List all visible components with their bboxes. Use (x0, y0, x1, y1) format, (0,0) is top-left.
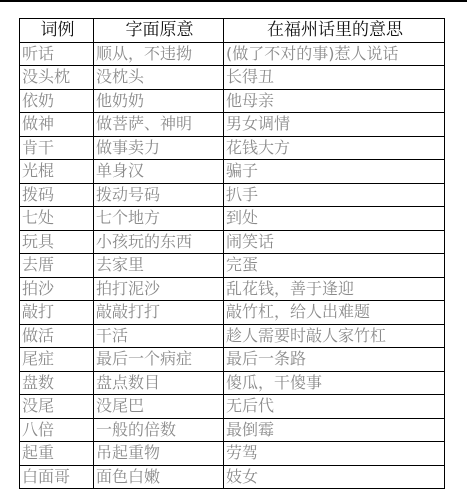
table-row: 去厝去家里完蛋 (20, 254, 445, 278)
term-cell: 没尾 (20, 395, 94, 419)
table-row: 拍沙拍打泥沙乱花钱，善于逢迎 (20, 277, 445, 301)
fuzhou-meaning-cell: 完蛋 (224, 254, 445, 278)
fuzhou-meaning-cell: 闹笑话 (224, 230, 445, 254)
term-cell: 依奶 (20, 89, 94, 113)
literal-meaning-cell: 敲敲打打 (94, 301, 224, 325)
dialect-table: 词例 字面原意 在福州话里的意思 听话顺从，不违拗(做了不对的事)惹人说话没头枕… (19, 18, 445, 489)
fuzhou-meaning-cell: 趁人需要时敲人家竹杠 (224, 324, 445, 348)
term-cell: 盘数 (20, 371, 94, 395)
fuzhou-meaning-cell: 到处 (224, 207, 445, 231)
fuzhou-meaning-cell: 妓女 (224, 465, 445, 489)
table-row: 起重吊起重物劳驾 (20, 442, 445, 466)
term-cell: 尾症 (20, 348, 94, 372)
fuzhou-meaning-cell: 花钱大方 (224, 136, 445, 160)
fuzhou-meaning-cell: 乱花钱，善于逢迎 (224, 277, 445, 301)
fuzhou-meaning-cell: 最倒霉 (224, 418, 445, 442)
term-cell: 八倍 (20, 418, 94, 442)
table-row: 尾症最后一个病症最后一条路 (20, 348, 445, 372)
table-row: 没头枕没枕头长得丑 (20, 66, 445, 90)
term-cell: 拨码 (20, 183, 94, 207)
fuzhou-meaning-cell: (做了不对的事)惹人说话 (224, 42, 445, 66)
fuzhou-meaning-cell: 他母亲 (224, 89, 445, 113)
table-row: 听话顺从，不违拗(做了不对的事)惹人说话 (20, 42, 445, 66)
fuzhou-meaning-cell: 骗子 (224, 160, 445, 184)
literal-meaning-cell: 拍打泥沙 (94, 277, 224, 301)
top-rule (0, 0, 467, 2)
term-cell: 光棍 (20, 160, 94, 184)
literal-meaning-cell: 没枕头 (94, 66, 224, 90)
table-row: 光棍单身汉骗子 (20, 160, 445, 184)
term-cell: 拍沙 (20, 277, 94, 301)
table-row: 拨码拨动号码扒手 (20, 183, 445, 207)
literal-meaning-cell: 没尾巴 (94, 395, 224, 419)
fuzhou-meaning-cell: 扒手 (224, 183, 445, 207)
header-fuzhou-meaning: 在福州话里的意思 (224, 19, 445, 43)
table-row: 敲打敲敲打打敲竹杠，给人出难题 (20, 301, 445, 325)
term-cell: 白面哥 (20, 465, 94, 489)
literal-meaning-cell: 七个地方 (94, 207, 224, 231)
header-literal-meaning: 字面原意 (94, 19, 224, 43)
term-cell: 没头枕 (20, 66, 94, 90)
table-row: 玩具小孩玩的东西闹笑话 (20, 230, 445, 254)
term-cell: 起重 (20, 442, 94, 466)
table-row: 没尾没尾巴无后代 (20, 395, 445, 419)
term-cell: 七处 (20, 207, 94, 231)
literal-meaning-cell: 小孩玩的东西 (94, 230, 224, 254)
term-cell: 做神 (20, 113, 94, 137)
header-row: 词例 字面原意 在福州话里的意思 (20, 19, 445, 43)
table-row: 盘数盘点数目傻瓜，干傻事 (20, 371, 445, 395)
term-cell: 肯干 (20, 136, 94, 160)
literal-meaning-cell: 拨动号码 (94, 183, 224, 207)
literal-meaning-cell: 盘点数目 (94, 371, 224, 395)
literal-meaning-cell: 面色白嫩 (94, 465, 224, 489)
table-row: 肯干做事卖力花钱大方 (20, 136, 445, 160)
table-row: 八倍一般的倍数最倒霉 (20, 418, 445, 442)
fuzhou-meaning-cell: 男女调情 (224, 113, 445, 137)
literal-meaning-cell: 做事卖力 (94, 136, 224, 160)
literal-meaning-cell: 去家里 (94, 254, 224, 278)
literal-meaning-cell: 顺从，不违拗 (94, 42, 224, 66)
literal-meaning-cell: 单身汉 (94, 160, 224, 184)
fuzhou-meaning-cell: 敲竹杠，给人出难题 (224, 301, 445, 325)
term-cell: 玩具 (20, 230, 94, 254)
literal-meaning-cell: 他奶奶 (94, 89, 224, 113)
fuzhou-meaning-cell: 最后一条路 (224, 348, 445, 372)
table-row: 依奶他奶奶他母亲 (20, 89, 445, 113)
literal-meaning-cell: 做菩萨、神明 (94, 113, 224, 137)
fuzhou-meaning-cell: 长得丑 (224, 66, 445, 90)
literal-meaning-cell: 吊起重物 (94, 442, 224, 466)
header-term: 词例 (20, 19, 94, 43)
literal-meaning-cell: 最后一个病症 (94, 348, 224, 372)
table-row: 做活干活趁人需要时敲人家竹杠 (20, 324, 445, 348)
fuzhou-meaning-cell: 傻瓜，干傻事 (224, 371, 445, 395)
fuzhou-meaning-cell: 无后代 (224, 395, 445, 419)
term-cell: 听话 (20, 42, 94, 66)
literal-meaning-cell: 干活 (94, 324, 224, 348)
fuzhou-meaning-cell: 劳驾 (224, 442, 445, 466)
literal-meaning-cell: 一般的倍数 (94, 418, 224, 442)
table-row: 做神做菩萨、神明男女调情 (20, 113, 445, 137)
term-cell: 做活 (20, 324, 94, 348)
table-row: 七处七个地方到处 (20, 207, 445, 231)
term-cell: 去厝 (20, 254, 94, 278)
table-row: 白面哥面色白嫩妓女 (20, 465, 445, 489)
term-cell: 敲打 (20, 301, 94, 325)
